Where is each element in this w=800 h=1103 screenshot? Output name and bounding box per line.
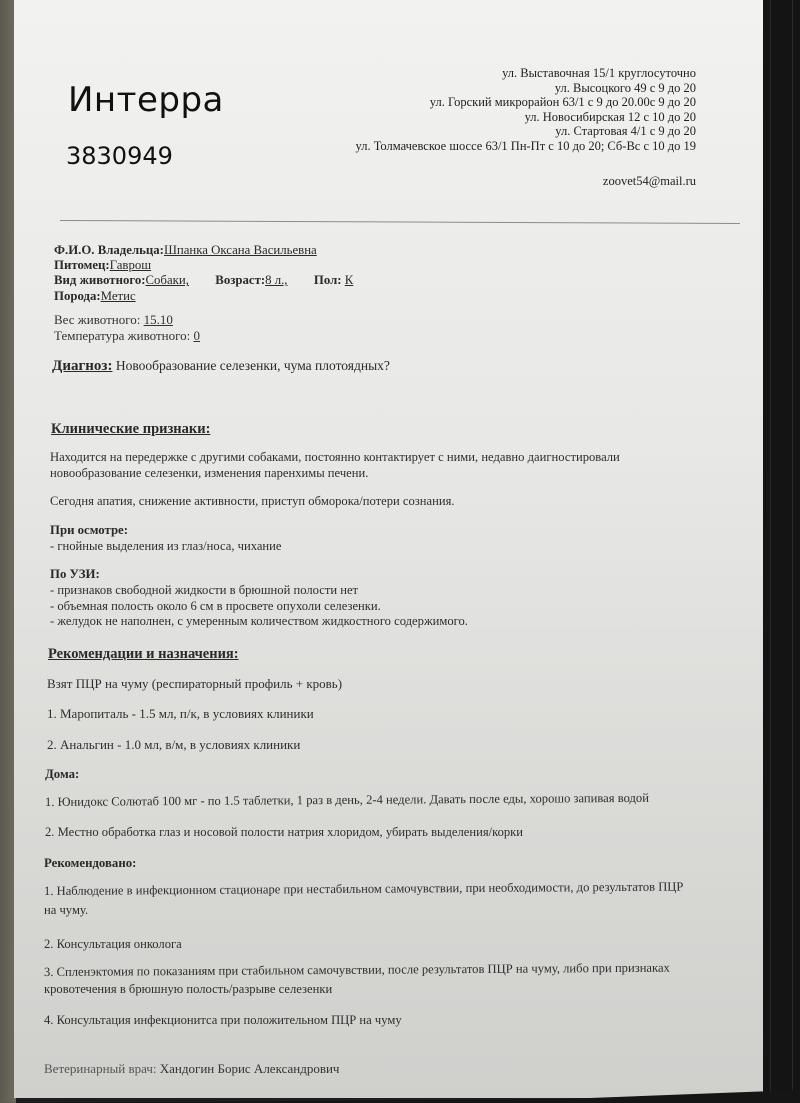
breed-label: Порода: bbox=[54, 289, 101, 303]
clinic-addresses: ул. Выставочная 15/1 круглосуточно ул. В… bbox=[356, 66, 696, 154]
diagnosis-label: Диагноз: bbox=[52, 358, 112, 374]
signature: Ветеринарный врач: Хандогин Борис Алекса… bbox=[44, 1061, 339, 1077]
sex-value: К bbox=[345, 273, 354, 287]
species-label: Вид животного: bbox=[54, 273, 146, 287]
clinic-brand: Интерра bbox=[68, 80, 224, 120]
exam-title: При осмотре: bbox=[50, 523, 128, 538]
ultrasound-item: - признаков свободной жидкости в брюшной… bbox=[50, 583, 358, 598]
patient-info: Ф.И.О. Владельца:Шпанка Оксана Васильевн… bbox=[54, 243, 353, 304]
weight-row: Вес животного: 15.10 bbox=[54, 312, 200, 328]
address-line: ул. Новосибирская 12 с 10 до 20 bbox=[356, 110, 696, 125]
address-line: ул. Высоцкого 49 с 9 до 20 bbox=[356, 81, 696, 96]
clinical-title: Клинические признаки: bbox=[51, 421, 210, 438]
owner-value: Шпанка Оксана Васильевна bbox=[164, 243, 317, 257]
recommended-item: 2. Консультация онколога bbox=[44, 937, 182, 952]
recommended-item-cont: кровотечения в брюшную полость/разрыве с… bbox=[44, 982, 332, 997]
age-label: Возраст: bbox=[215, 273, 265, 287]
pet-row: Питомец:Гаврош bbox=[54, 258, 353, 273]
clinical-para1-line1: Находится на передержке с другими собака… bbox=[50, 450, 620, 465]
sex-label: Пол: bbox=[314, 273, 342, 287]
recommended-item-cont: на чуму. bbox=[44, 903, 88, 918]
address-line: ул. Толмачевское шоссе 63/1 Пн-Пт с 10 д… bbox=[356, 139, 696, 154]
clinic-email: zoovet54@mail.ru bbox=[603, 174, 696, 189]
recommendations-title: Рекомендации и назначения: bbox=[48, 646, 239, 663]
temperature-row: Температура животного: 0 bbox=[54, 328, 200, 344]
home-title: Дома: bbox=[45, 767, 79, 782]
ultrasound-title: По УЗИ: bbox=[50, 567, 100, 582]
vet-name: Хандогин Борис Александрович bbox=[160, 1061, 340, 1076]
temperature-label: Температура животного: bbox=[54, 328, 190, 343]
recommended-title: Рекомендовано: bbox=[44, 856, 136, 871]
vitals: Вес животного: 15.10 Температура животно… bbox=[54, 312, 200, 344]
temperature-value: 0 bbox=[193, 328, 200, 343]
clinical-para2: Сегодня апатия, снижение активности, при… bbox=[50, 494, 455, 509]
owner-label: Ф.И.О. Владельца: bbox=[54, 243, 164, 257]
signature-label: Ветеринарный врач: bbox=[44, 1061, 157, 1076]
pet-label: Питомец: bbox=[54, 258, 110, 272]
weight-value: 15.10 bbox=[144, 312, 173, 327]
table-surface-left bbox=[0, 0, 16, 1103]
address-line: ул. Горский микрорайон 63/1 с 9 до 20.00… bbox=[356, 95, 696, 110]
ultrasound-item: - желудок не наполнен, с умеренным колич… bbox=[50, 614, 468, 629]
diagnosis: Диагноз: Новообразование селезенки, чума… bbox=[52, 358, 390, 375]
breed-value: Метис bbox=[101, 289, 136, 303]
pcr-note: Взят ПЦР на чуму (респираторный профиль … bbox=[47, 676, 342, 692]
age-value: 8 л., bbox=[265, 273, 287, 287]
pet-value: Гаврош bbox=[110, 258, 151, 272]
table-surface-right bbox=[760, 0, 800, 1103]
clinic-phone: 3830949 bbox=[66, 142, 173, 170]
ultrasound-item: - объемная полость около 6 см в просвете… bbox=[50, 599, 381, 614]
species-value: Собаки, bbox=[146, 273, 189, 287]
species-row: Вид животного:Собаки, Возраст:8 л., Пол:… bbox=[54, 273, 353, 288]
clinical-para1-line2: новообразование селезенки, изменения пар… bbox=[50, 466, 368, 481]
clinic-item: 2. Анальгин - 1.0 мл, в/м, в условиях кл… bbox=[47, 737, 300, 753]
weight-label: Вес животного: bbox=[54, 312, 140, 327]
clinic-item: 1. Маропиталь - 1.5 мл, п/к, в условиях … bbox=[47, 706, 314, 722]
address-line: ул. Выставочная 15/1 круглосуточно bbox=[356, 66, 696, 81]
recommended-item: 4. Консультация инфекционитса при положи… bbox=[44, 1013, 402, 1028]
owner-row: Ф.И.О. Владельца:Шпанка Оксана Васильевн… bbox=[54, 243, 353, 258]
exam-item: - гнойные выделения из глаз/носа, чихани… bbox=[50, 539, 282, 554]
breed-row: Порода:Метис bbox=[54, 289, 353, 304]
diagnosis-value: Новообразование селезенки, чума плотоядн… bbox=[116, 358, 390, 373]
home-item: 2. Местно обработка глаз и носовой полос… bbox=[45, 825, 523, 840]
address-line: ул. Стартовая 4/1 с 9 до 20 bbox=[356, 124, 696, 139]
